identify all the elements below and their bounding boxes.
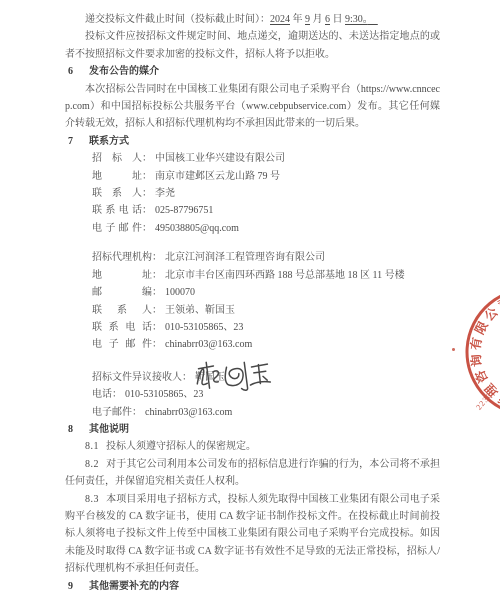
- deadline-note-paragraph: 投标文件应按招标文件规定时间、地点递交，逾期送达的、未送达指定地点的或者不按照招…: [65, 28, 440, 63]
- contact-value: 010-53105865、23: [165, 322, 243, 333]
- contact-value: 李尧: [155, 188, 175, 199]
- contact-row: 电话：010-53105865、23: [92, 386, 440, 403]
- contact-value: 100070: [165, 287, 195, 298]
- seal-ink-speck: [452, 348, 455, 351]
- clause-8-1: 8.1投标人须遵守招标人的保密规定。: [65, 438, 440, 455]
- contact-label: 联系电话: [92, 319, 152, 336]
- section-8-title: 其他说明: [89, 424, 129, 435]
- contact-colon: ：: [152, 252, 162, 263]
- section-6-number: 6: [68, 63, 77, 80]
- contact-label: 联系人: [92, 302, 152, 319]
- contact-colon: ：: [152, 287, 162, 298]
- contact-label: 招标文件异议接收人: [92, 369, 182, 386]
- contact-colon: ：: [142, 188, 152, 199]
- contact-colon: ：: [142, 153, 152, 164]
- contact-row: 招标代理机构：北京江河润泽工程管理咨询有限公司: [92, 249, 440, 266]
- contact-label: 电子邮件: [92, 220, 142, 237]
- section-6-heading: 6发布公告的媒介: [65, 63, 440, 80]
- contact-row: 联系电话：025-87796751: [92, 202, 440, 219]
- section-9-title: 其他需要补充的内容: [89, 581, 179, 592]
- underlined-value: 2024: [270, 14, 290, 25]
- contact-value: 025-87796751: [155, 205, 213, 216]
- contact-row: 联系人：王领弟、靳国玉: [92, 302, 440, 319]
- contact-row: 地址：北京市丰台区南四环西路 188 号总部基地 18 区 11 号楼: [92, 267, 440, 284]
- underlined-value: [368, 14, 378, 25]
- contact-colon: ：: [152, 305, 162, 316]
- section-9-heading: 9其他需要补充的内容: [65, 578, 440, 595]
- contact-colon: ：: [152, 322, 162, 333]
- dispute-contact-block: 招标文件异议接收人：靳国玉电话：010-53105865、23电子邮件：chin…: [92, 369, 440, 421]
- contact-row: 联系电话：010-53105865、23: [92, 319, 440, 336]
- contact-row: 电子邮件：chinabrr03@163.com: [92, 336, 440, 353]
- clause-8-1-number: 8.1: [85, 441, 99, 452]
- clause-8-3-text: 本项目采用电子招标方式，投标人须先取得中国核工业集团有限公司电子采购平台核发的 …: [65, 494, 440, 575]
- contact-value: 北京市丰台区南四环西路 188 号总部基地 18 区 11 号楼: [165, 270, 405, 281]
- document-page: 递交投标文件截止时间（投标截止时间）：2024 年 9 月 6 日 9:30。 …: [0, 0, 500, 595]
- tenderer-contact-block: 招标人：中国核工业华兴建设有限公司地址：南京市建邺区云龙山路 79 号联系人：李…: [92, 150, 440, 237]
- contact-value: 010-53105865、23: [125, 389, 203, 400]
- contact-label: 邮编: [92, 284, 152, 301]
- contact-value: 靳国玉: [195, 372, 225, 383]
- contact-label: 联系人: [92, 185, 142, 202]
- contact-label: 招标代理机构: [92, 249, 152, 266]
- contact-colon: ：: [182, 372, 192, 383]
- contact-row: 招标人：中国核工业华兴建设有限公司: [92, 150, 440, 167]
- contact-value: 南京市建邺区云龙山路 79 号: [155, 171, 280, 182]
- line-text: 日: [330, 14, 345, 25]
- contact-colon: ：: [112, 389, 122, 400]
- contact-row: 地址：南京市建邺区云龙山路 79 号: [92, 168, 440, 185]
- contact-value: chinabrr03@163.com: [165, 339, 252, 350]
- section-7-number: 7: [68, 133, 77, 150]
- contact-colon: ：: [142, 205, 152, 216]
- section-8-number: 8: [68, 421, 77, 438]
- contact-row: 电子邮件：495038805@qq.com: [92, 220, 440, 237]
- section-7-heading: 7联系方式: [65, 133, 440, 150]
- line-text: 月: [310, 14, 325, 25]
- contact-label: 招标人: [92, 150, 142, 167]
- contact-value: 中国核工业华兴建设有限公司: [155, 153, 285, 164]
- contact-label: 联系电话: [92, 202, 142, 219]
- contact-row: 联系人：李尧: [92, 185, 440, 202]
- contact-label: 地址: [92, 267, 152, 284]
- section-8-heading: 8其他说明: [65, 421, 440, 438]
- contact-row: 邮编：100070: [92, 284, 440, 301]
- contact-row: 电子邮件：chinabrr03@163.com: [92, 404, 440, 421]
- contact-label: 电子邮件: [92, 404, 132, 421]
- contact-label: 电话: [92, 386, 112, 403]
- contact-value: 495038805@qq.com: [155, 223, 239, 234]
- contact-label: 地址: [92, 168, 142, 185]
- clause-8-3-number: 8.3: [85, 494, 99, 505]
- clause-8-2: 8.2对于其它公司利用本公司发布的招标信息进行诈骗的行为，本公司将不承担任何责任…: [65, 456, 440, 491]
- contact-colon: ：: [132, 407, 142, 418]
- contact-colon: ：: [142, 171, 152, 182]
- section-6-title: 发布公告的媒介: [89, 66, 159, 77]
- contact-value: 王领弟、靳国玉: [165, 305, 235, 316]
- line-text: 递交投标文件截止时间（投标截止时间）：: [85, 14, 270, 25]
- clause-8-2-text: 对于其它公司利用本公司发布的招标信息进行诈骗的行为，本公司将不承担任何责任，并保…: [65, 459, 440, 487]
- clause-8-1-text: 投标人须遵守招标人的保密规定。: [106, 441, 256, 452]
- clause-8-3: 8.3本项目采用电子招标方式，投标人须先取得中国核工业集团有限公司电子采购平台核…: [65, 491, 440, 578]
- deadline-line: 递交投标文件截止时间（投标截止时间）：2024 年 9 月 6 日 9:30。: [65, 11, 440, 28]
- section-6-body: 本次招标公告同时在中国核工业集团有限公司电子采购平台（https://www.c…: [65, 81, 440, 133]
- contact-value: 北京江河润泽工程管理咨询有限公司: [165, 252, 325, 263]
- contact-value: chinabrr03@163.com: [145, 407, 232, 418]
- contact-colon: ：: [152, 270, 162, 281]
- contact-colon: ：: [142, 223, 152, 234]
- contact-colon: ：: [152, 339, 162, 350]
- section-9-number: 9: [68, 578, 77, 595]
- line-text: 年: [290, 14, 305, 25]
- section-7-title: 联系方式: [89, 136, 129, 147]
- clause-8-2-number: 8.2: [85, 459, 99, 470]
- contact-label: 电子邮件: [92, 336, 152, 353]
- contact-row: 招标文件异议接收人：靳国玉: [92, 369, 440, 386]
- underlined-value: 9:30。: [345, 14, 368, 25]
- agency-contact-block: 招标代理机构：北京江河润泽工程管理咨询有限公司地址：北京市丰台区南四环西路 18…: [92, 249, 440, 353]
